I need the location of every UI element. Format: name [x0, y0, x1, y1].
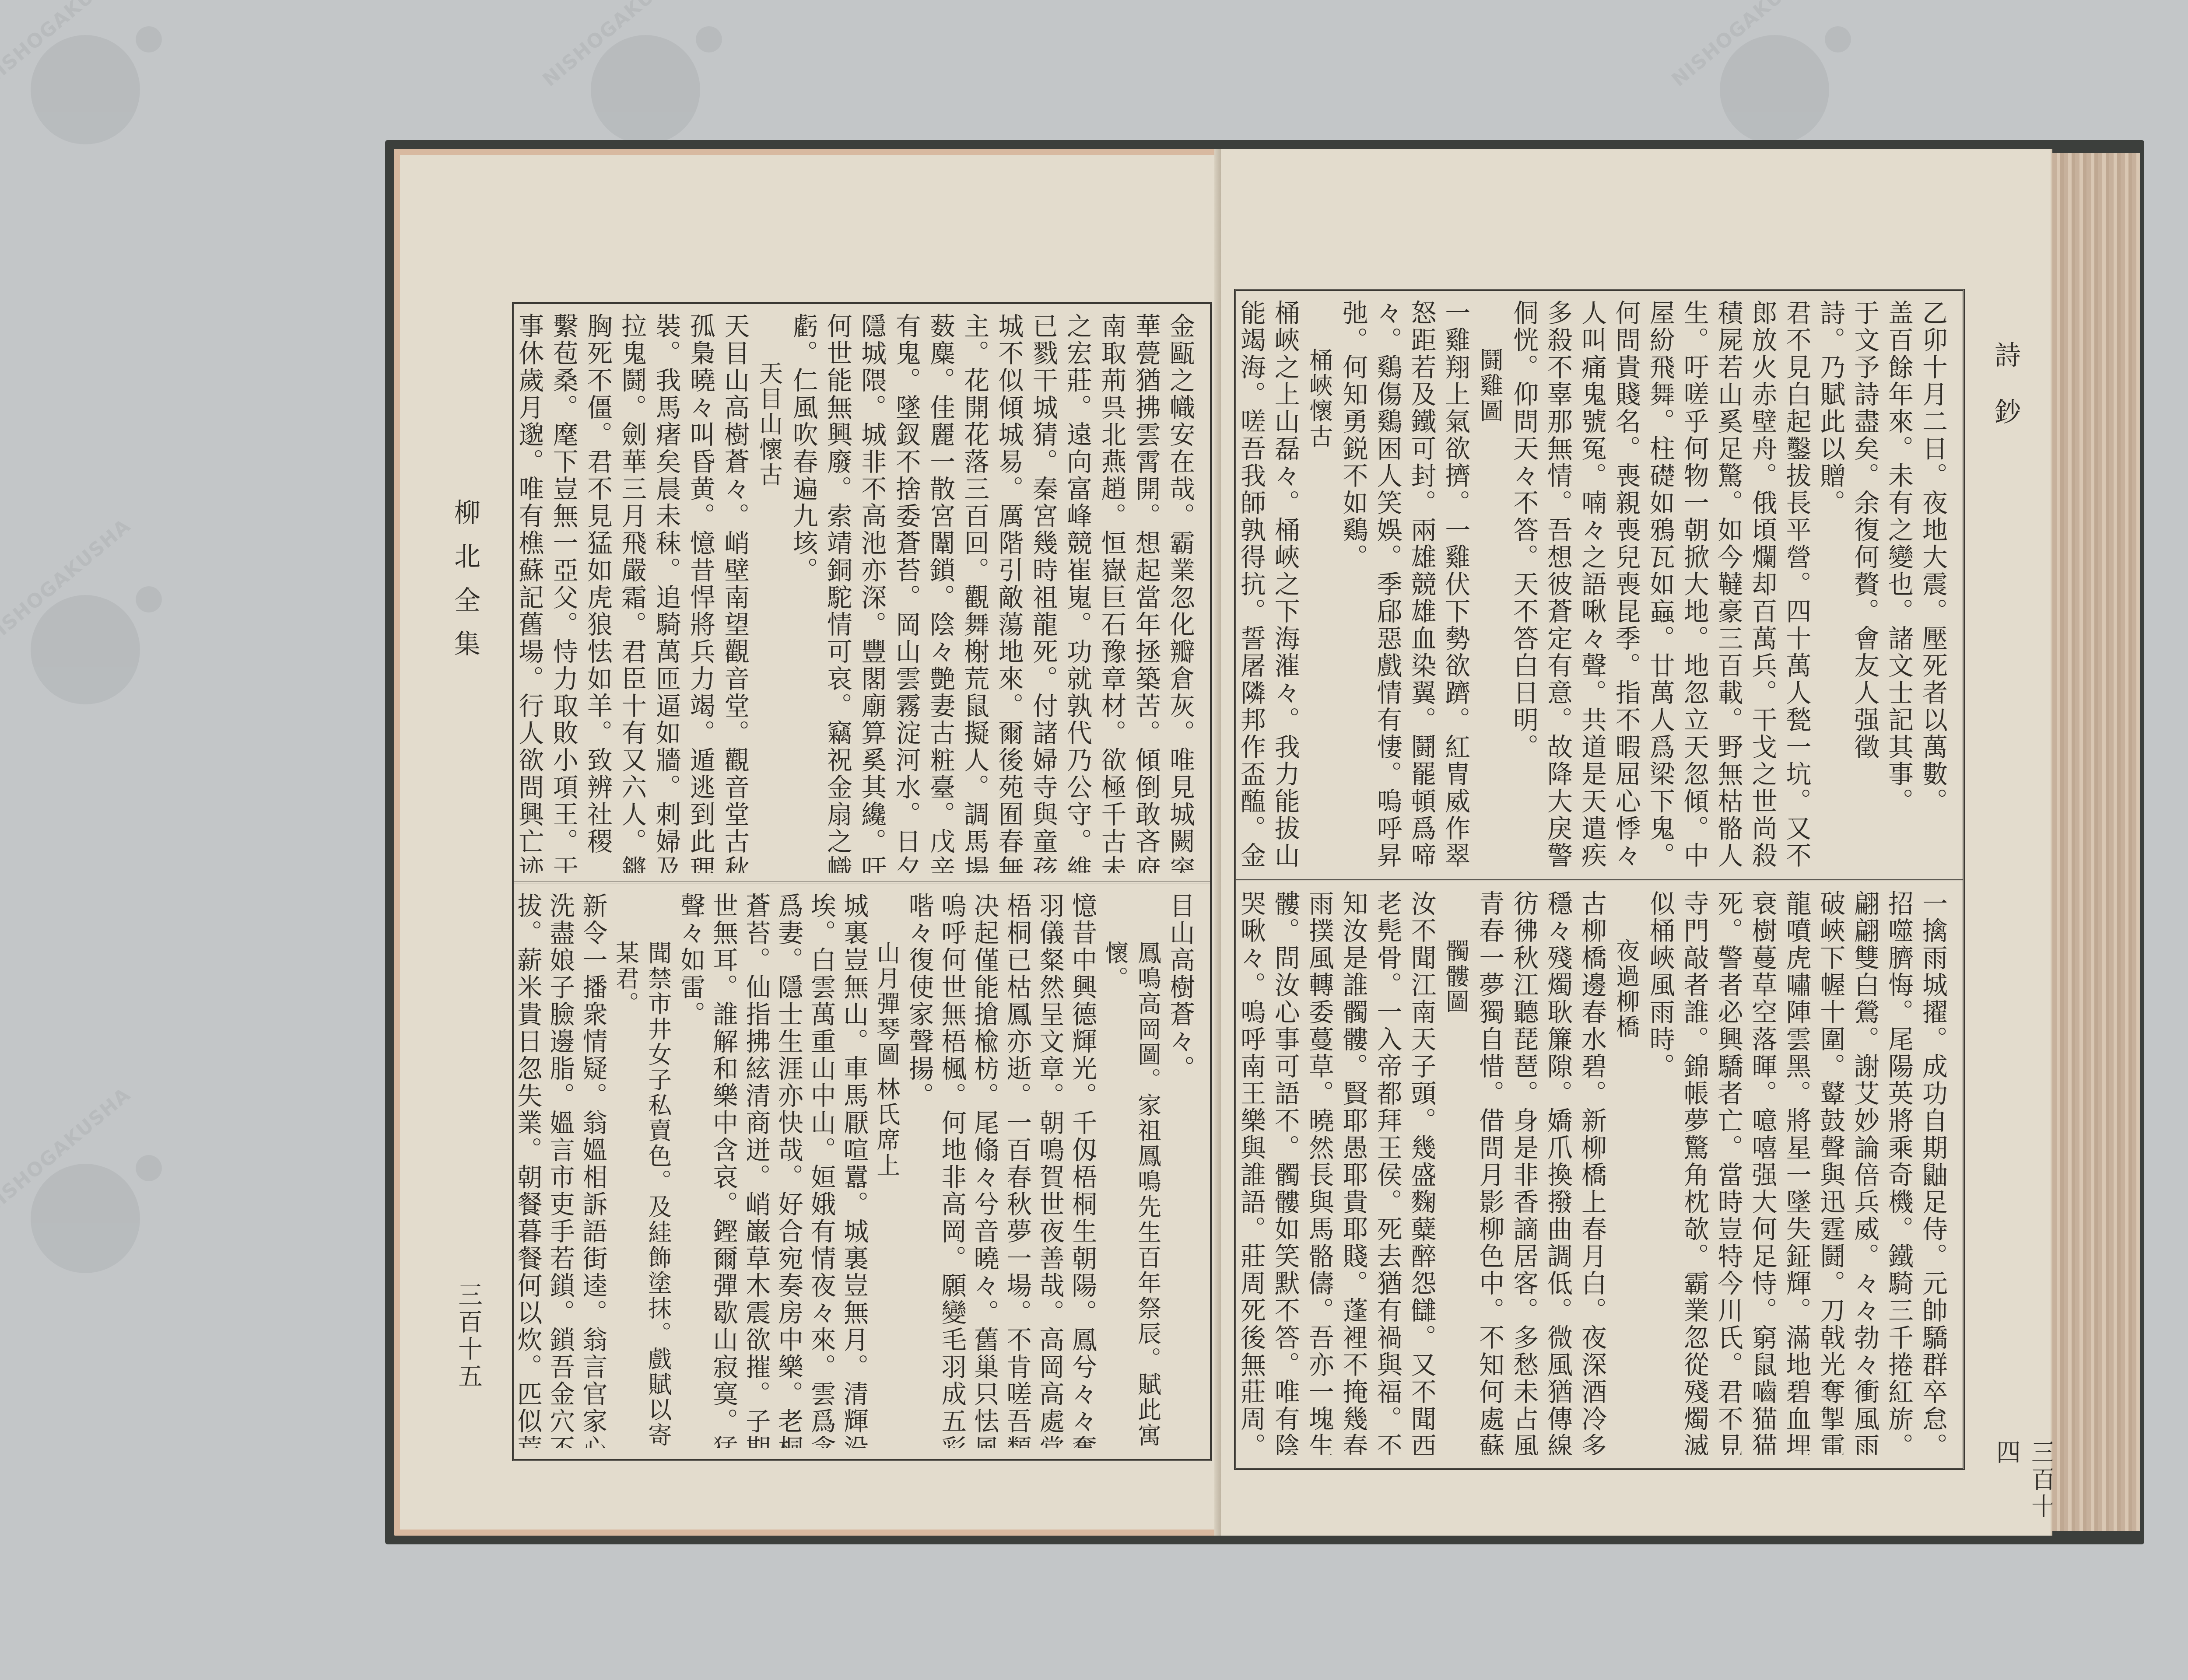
text-column: 多殺不辜那無情。吾想彼蒼定有意。故降大戾警 [1547, 300, 1579, 868]
text-column: 青春一夢獨自惜。借問月影柳色中。不知何處蘇小宅。 [1479, 890, 1511, 1455]
text-column: 雨撲風轉委蔓草。曉然長與馬骼儔。吾亦一塊生髑 [1309, 890, 1340, 1455]
text-column: 詩。乃賦此以贈。 [1820, 300, 1851, 868]
text-column: 屋紛飛舞。柱礎如鴉瓦如蝱。廿萬人爲梁下鬼。紛紜 [1650, 300, 1681, 868]
left-text-frame: 金甌之幟安在哉。霸業忽化瓣倉灰。唯見城闕突兀立。 華甍猶拂雲霄開。想起當年拯築苦… [512, 302, 1212, 1461]
text-column: 々。鷄傷鷄困人笑娛。季郈惡戲情有悽。嗚呼昇平士氣 [1377, 300, 1409, 868]
text-column: 嗚呼何世無梧楓。何地非高岡。願變毛羽成五彩。 [943, 892, 973, 1448]
text-column: 一雞翔上氣欲擠。一雞伏下勢欲躋。紅冑威作翠尾立。 [1445, 300, 1476, 868]
text-column: 翩翩雙白鶯。謝艾妙論倍兵威。々々勃々衝風雨。截 [1854, 890, 1886, 1455]
left-margin-title: 柳北全集 [446, 499, 484, 674]
text-column: 目山高樹蒼々。 [1171, 892, 1201, 1448]
text-column: 隱城隈。城非不高池亦深。豐閣廟算奚其纔。吁嗟乎 [861, 313, 893, 873]
text-column: 穩々殘燭耿簾隙。嬌爪換撥曲調低。微風猶傳線線脉。 [1547, 890, 1579, 1455]
text-column: 一擒雨城擢。成功自期鼬足侍。元帥驕群卒怠。燕安頓 [1922, 890, 1954, 1455]
text-column: 郎放火赤壁舟。俄頃爛却百萬兵。干戈之世尚殺戮。 [1752, 300, 1784, 868]
page-edges [2052, 153, 2140, 1531]
text-column: 事休歲月邈。唯有樵蘇記舊場。行人欲問興亡迹。天 [519, 313, 550, 873]
text-column: 虧。仁風吹春遍九垓。 [792, 313, 824, 873]
text-column: 城裏豈無山。車馬厭喧囂。城裏豈無月。清輝没紅 [845, 892, 875, 1448]
text-column: 桶峽之上山磊々。桶峽之下海漼々。我力能拔山。我氣 [1275, 300, 1306, 868]
text-column: 懷。 [1106, 892, 1136, 1448]
text-column: 洗盡娘子臉邊脂。媼言市吏手若鎖。鎖吾金穴不許 [551, 892, 581, 1448]
text-column: 喈々復使家聲揚。 [910, 892, 940, 1448]
text-column: 盖百餘年來。未有之變也。諸文士記其事。 [1888, 300, 1920, 868]
right-page: 乙卯十月二日。夜地大震。壓死者以萬數。 盖百餘年來。未有之變也。諸文士記其事。 … [1221, 149, 2052, 1536]
watermark-logo: NISHOGAKUSHA [9, 569, 158, 717]
text-column: 羽儀粲然呈文章。朝鳴賀世夜善哉。高岡高處常舞翔。 [1041, 892, 1071, 1448]
text-column: 于文予詩盡矣。余復何贅。會友人强徵 [1854, 300, 1886, 868]
right-upper-text: 乙卯十月二日。夜地大震。壓死者以萬數。 盖百餘年來。未有之變也。諸文士記其事。 … [1241, 300, 1954, 868]
text-column: 主。花開花落三百回。觀舞榭荒鼠擬人。調馬場蕪草 [964, 313, 996, 873]
poem-title: 聞禁市井女子私賣色。及絓飾塗抹。戲賦以寄 [649, 892, 679, 1448]
text-column: 憶昔中興德輝光。千仭梧桐生朝陽。鳳兮々々奮飛起。 [1073, 892, 1104, 1448]
text-column: 弛。何知勇鋭不如鷄。 [1343, 300, 1375, 868]
text-column: 老髡骨。一入帝都拜王侯。死去猶有禍與福。不 [1377, 890, 1409, 1455]
watermark-logo: NISHOGAKUSHA [9, 9, 158, 157]
text-column: 哭啾々。嗚呼南王樂與誰語。莊周死後無莊周。 [1241, 890, 1272, 1455]
text-column: 有鬼。墜釵不捨委蒼苔。岡山雲霧淀河水。日夕結寃 [895, 313, 927, 873]
text-column: 古柳橋邊春水碧。新柳橋上春月白。夜深酒冷多少樓。 [1581, 890, 1613, 1455]
left-page: 柳北全集 三百十五 金甌之幟安在哉。霸業忽化瓣倉灰。唯見城闕突兀立。 華甍猶拂雲… [394, 149, 1221, 1536]
text-column: 某君。 [617, 892, 647, 1448]
left-lower-text: 目山高樹蒼々。 鳳鳴高岡圖。家祖鳳鳴先生百年祭辰。賦此寓 懷。 憶昔中興德輝光。… [519, 892, 1201, 1448]
text-column: 天目山高樹蒼々。峭壁南望觀音堂。觀音堂古秋寂寞。 [724, 313, 756, 873]
text-column: 知汝是誰髑髏。賢耶愚耶貴耶賤。蓬裡不掩幾春秋。 [1343, 890, 1375, 1455]
text-column: 孤梟曉々叫昏黄。憶昔悍將兵力竭。遁逃到此理行 [690, 313, 722, 873]
text-column: 决起僅能搶楡枋。尾翛々兮音曉々。舊巢只怯風雨傷。 [975, 892, 1006, 1448]
text-column: 梧桐已枯鳳亦逝。一百春秋夢一場。不肯嗟吾類鸒鳩。 [1008, 892, 1038, 1448]
text-column: 人叫痛鬼號冤。喃々之語啾々聲。共道是天遣疾疢。 [1581, 300, 1613, 868]
text-column: 何問貴賤名。喪親喪兒喪昆季。指不暇屈心悸々。 [1616, 300, 1647, 868]
poem-title: 鬪雞圖 [1479, 300, 1511, 868]
text-column: 裝。我馬瘏矣晨未秣。追騎萬匝逼如牆。刺婦及弟 [656, 313, 687, 873]
text-column: 何世能無興廢。索靖銅駝情可哀。竊祝金扇之幟長不 [827, 313, 859, 873]
right-page-number: 三百十四 [1989, 1439, 2059, 1536]
text-column: 繫苞桑。麾下豈無一亞父。恃力取敗小項王。干戈 [553, 313, 584, 873]
text-column: 衰樹蔓草空落暉。噫嘻强大何足恃。窮鼠嚙猫猫也 [1752, 890, 1784, 1455]
text-column: 爲妻。隱士生涯亦快哉。好合宛奏房中樂。老桐一張横 [779, 892, 810, 1448]
text-column: 拔。薪米貴日忽失業。朝餐暮餐何以炊。匹似荒村賣 [519, 892, 549, 1448]
text-column: 髏。問汝心事可語不。髑髏如笑默不答。唯有陰蟲 [1275, 890, 1306, 1455]
open-book: 柳北全集 三百十五 金甌之幟安在哉。霸業忽化瓣倉灰。唯見城闕突兀立。 華甍猶拂雲… [385, 131, 2144, 1544]
text-column: 生。吁嗟乎何物一朝掀大地。地忽立天忽傾。中間人 [1684, 300, 1715, 868]
right-margin-title: 詩鈔 [1987, 341, 2024, 455]
text-column: 城不似傾城易。厲階引敵蕩地來。爾後苑囿春無 [998, 313, 1030, 873]
text-column: 招噬臍悔。尾陽英將乘奇機。鐵騎三千捲紅旂。旂前 [1888, 890, 1920, 1455]
text-column: 拉鬼鬪。劍華三月飛嚴霜。君臣十有又六人。鏘鏘洞 [621, 313, 653, 873]
text-column: 世無耳。誰解和樂中含哀。鏗爾彈歇山寂寞。猛虎一 [714, 892, 744, 1448]
text-column: 薮麋。佳麗一散宮闈鎖。陰々艶妻古粧臺。戊辛皆道内 [930, 313, 961, 873]
text-column: 能竭海。嗟吾我師孰得抗。誓屠隣邦作盃醢。金甕 [1241, 300, 1272, 868]
poem-title: 鳳鳴高岡圖。家祖鳳鳴先生百年祭辰。賦此寓 [1139, 892, 1169, 1448]
right-center-rule [1236, 879, 1963, 881]
text-column: 破峽下幄十圍。鼙鼓聲與迅霆鬪。刀戟光奪掣電飛。 [1820, 890, 1851, 1455]
right-lower-text: 一擒雨城擢。成功自期鼬足侍。元帥驕群卒怠。燕安頓 招噬臍悔。尾陽英將乘奇機。鐵騎… [1241, 890, 1954, 1455]
watermark-logo: NISHOGAKUSHA [9, 1137, 158, 1286]
left-page-number: 三百十五 [451, 1282, 486, 1390]
poem-title: 夜過柳橋 [1616, 890, 1647, 1455]
text-column: 金甌之幟安在哉。霸業忽化瓣倉灰。唯見城闕突兀立。 [1170, 313, 1201, 873]
right-text-frame: 乙卯十月二日。夜地大震。壓死者以萬數。 盖百餘年來。未有之變也。諸文士記其事。 … [1234, 289, 1965, 1470]
text-column: 埃。白雲萬重山中山。姮娥有情夜々來。雲爲衾褐月 [812, 892, 842, 1448]
text-column: 侗恍。仰問天々不答。天不答白日明。 [1513, 300, 1545, 868]
text-column: 似桶峽風雨時。 [1650, 890, 1681, 1455]
text-column: 新令一播衆情疑。翁媼相訴語街逵。翁言官家心如水。 [584, 892, 614, 1448]
text-column: 彷彿秋江聽琵琶。身是非香謫居客。多愁未占風流場。 [1513, 890, 1545, 1455]
text-column: 南取荊呉北燕趙。恒嶽巨石豫章材。欲極千古未有 [1101, 313, 1133, 873]
poem-title: 天目山懷古 [758, 313, 790, 873]
text-column: 龍噴虎嘯陣雲黑。將星一墜失鉦輝。滿地碧血埋幾載。 [1786, 890, 1817, 1455]
text-column: 聲々如雷。 [682, 892, 712, 1448]
text-column: 之宏莊。遠向富峰競崔嵬。功就孰代乃公守。維城 [1067, 313, 1098, 873]
text-column: 華甍猶拂雲霄開。想起當年拯築苦。傾倒敢吝府庫財。 [1135, 313, 1167, 873]
poem-title: 山月彈琴圖 林氏席上 [877, 892, 908, 1448]
left-center-rule [514, 882, 1210, 883]
text-column: 怒距若及鐵可封。兩雄競雄血染翼。鬪罷頓爲啼喔 [1411, 300, 1443, 868]
text-column: 蒼苔。仙指拂絃清商迸。峭巌草木震欲摧。子期死後 [747, 892, 777, 1448]
poem-title: 髑髏圖 [1445, 890, 1476, 1455]
text-column: 積屍若山奚足驚。如今韃豪三百載。野無枯骼人樂 [1718, 300, 1750, 868]
text-column: 寺門敲者誰。錦帳夢驚角枕欹。霸業忽從殘燭滅。亦 [1684, 890, 1715, 1455]
text-column: 君不見白起鑿拔長平營。四十萬人甃一坑。又不見周 [1786, 300, 1817, 868]
poem-title: 桶峽懷古 [1309, 300, 1340, 868]
left-upper-text: 金甌之幟安在哉。霸業忽化瓣倉灰。唯見城闕突兀立。 華甍猶拂雲霄開。想起當年拯築苦… [519, 313, 1201, 873]
text-column: 胸死不僵。君不見猛如虎狼怯如羊。致辨社稷 [587, 313, 619, 873]
text-column: 已戮干城猜。秦宮幾時祖龍死。付諸婦寺與童孩。成 [1033, 313, 1064, 873]
text-column: 汝不聞江南天子頭。幾盛麴糵醉怨讎。又不聞西域 [1411, 890, 1443, 1455]
text-column: 死。警者必興驕者亡。當時豈特今川氏。君不見本能 [1718, 890, 1750, 1455]
text-column: 乙卯十月二日。夜地大震。壓死者以萬數。 [1922, 300, 1954, 868]
